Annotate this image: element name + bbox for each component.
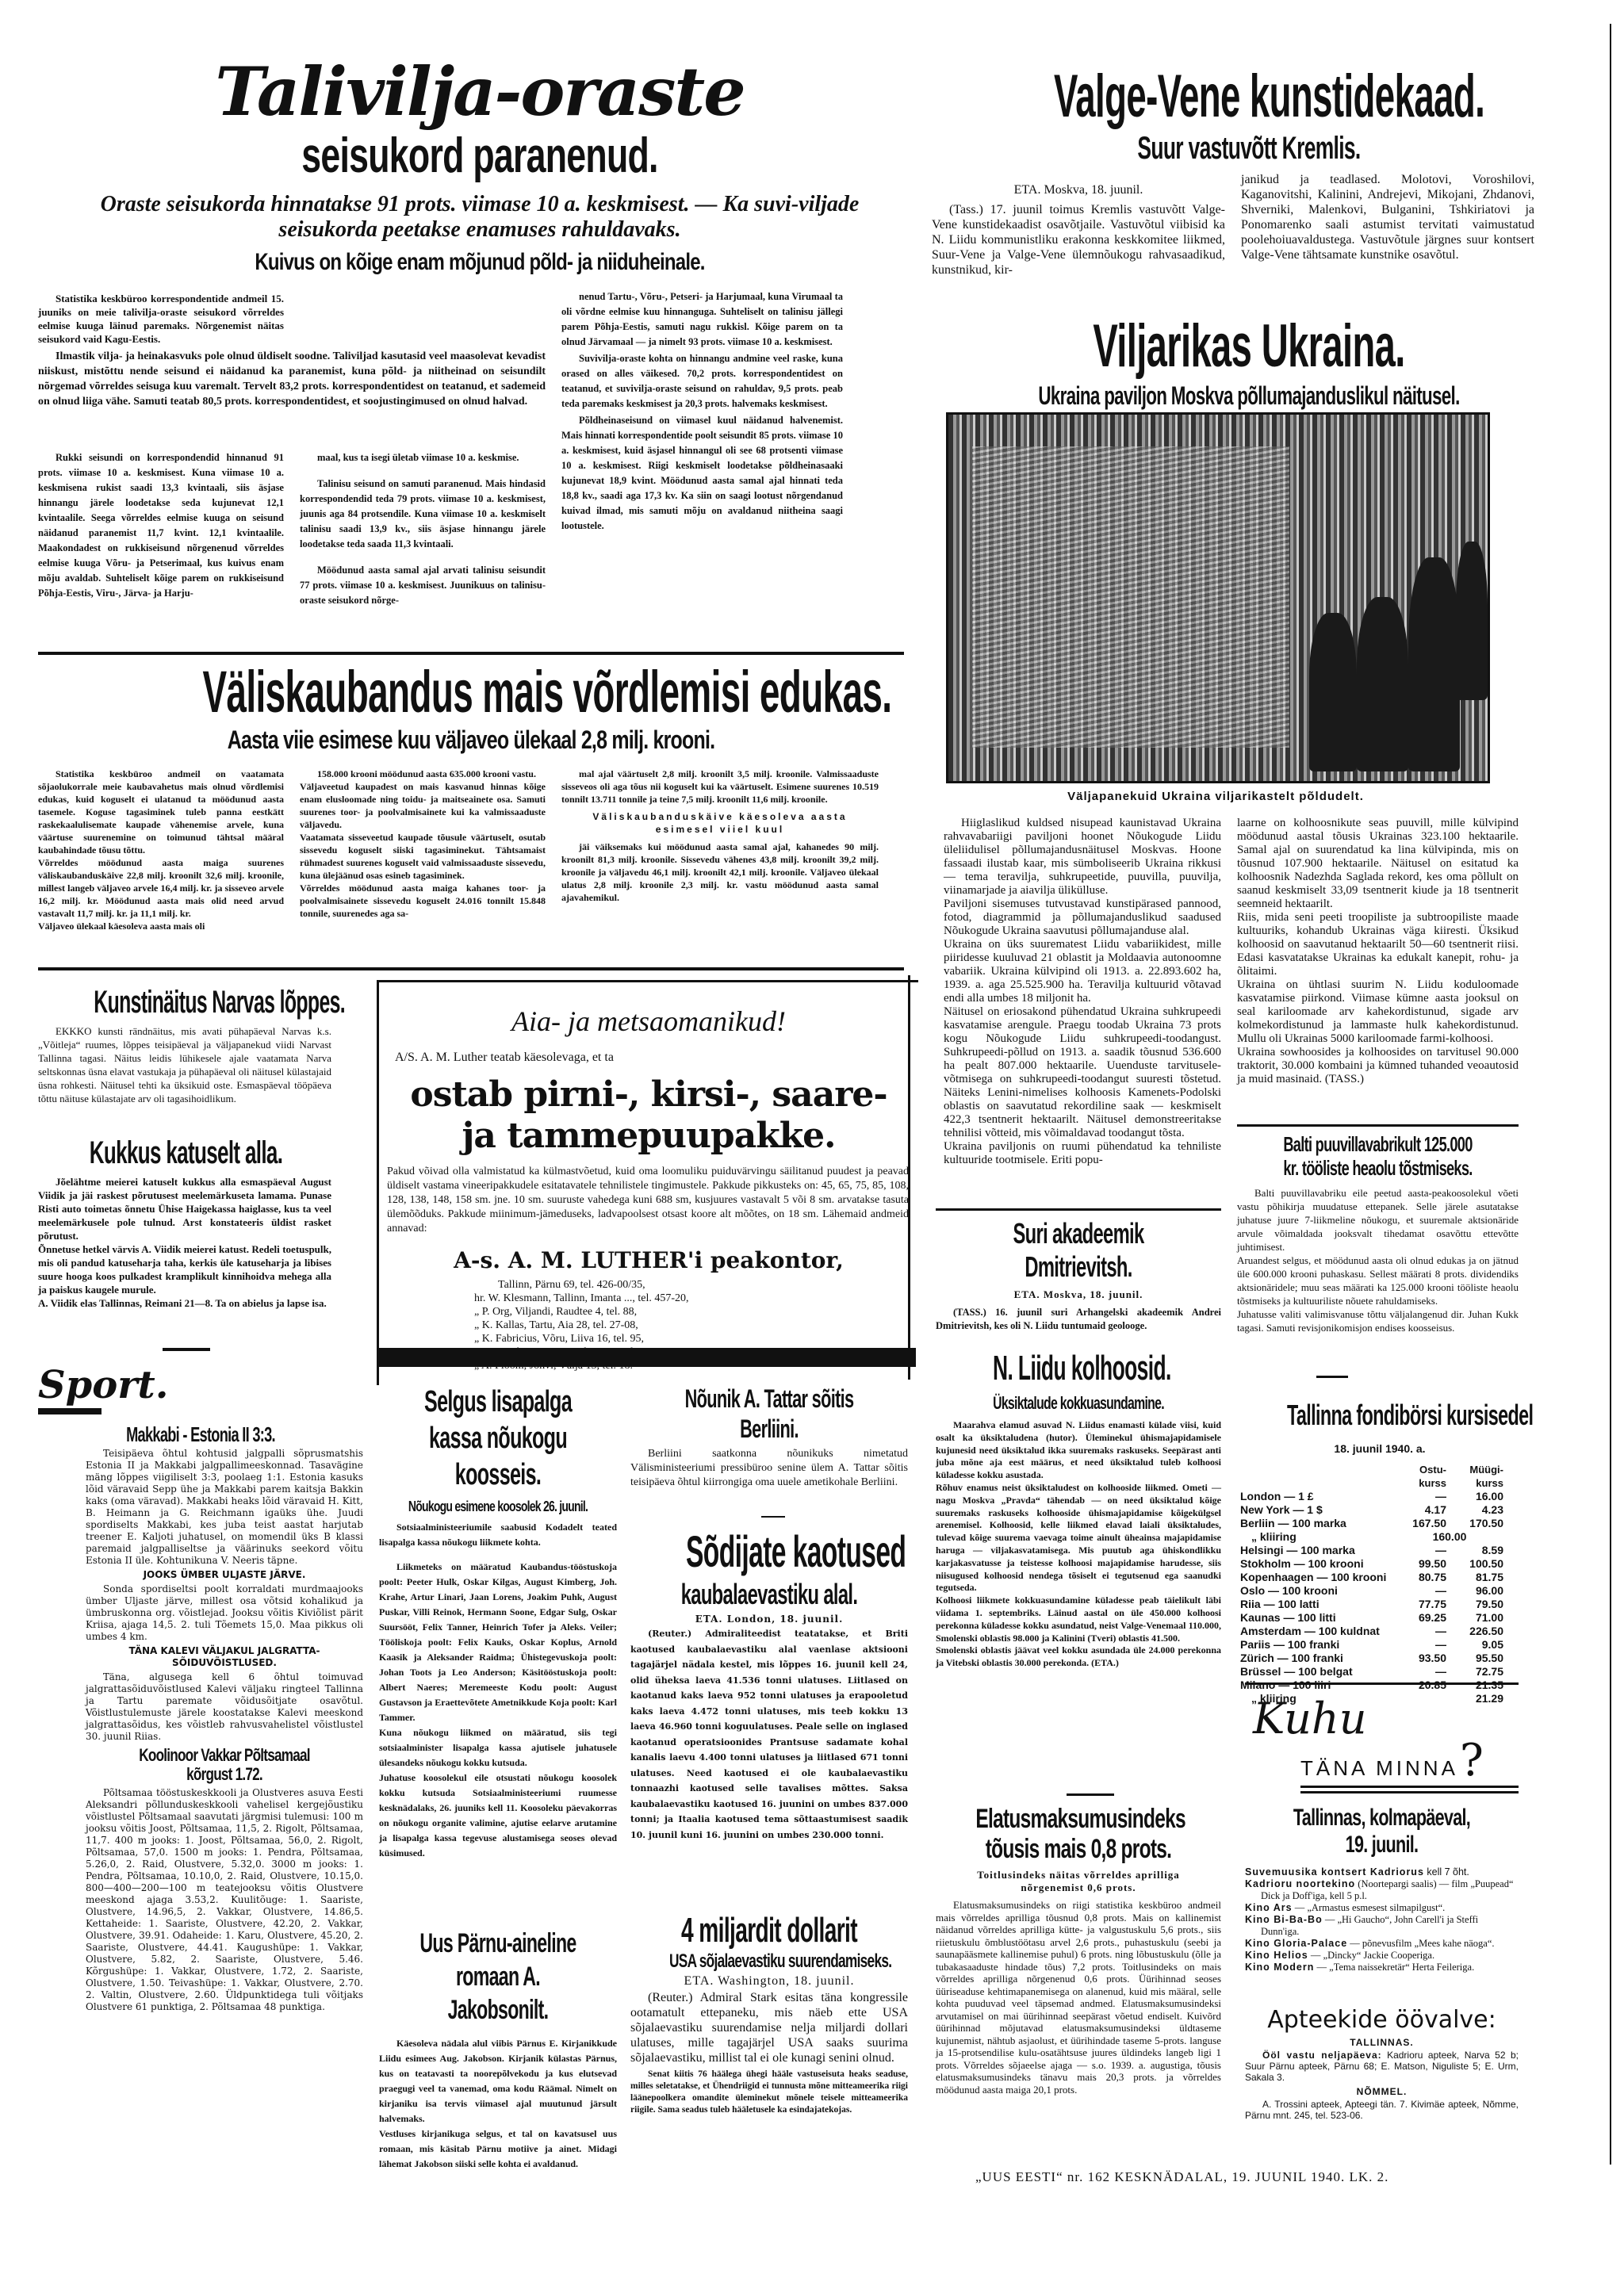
currency-name: Helsingi — 100 marka	[1237, 1544, 1392, 1557]
table-row: Oslo — 100 krooni—96.00	[1237, 1584, 1507, 1598]
event-text: — „Armastus esmesest silmapilgust“.	[1293, 1902, 1446, 1913]
buy-rate: —	[1392, 1665, 1450, 1679]
talivilja-col3-p2: Suvivilja-oraste kohta on hinnangu andmi…	[561, 351, 843, 412]
page-edge	[1610, 24, 1611, 2165]
currency-name: Kopenhaagen — 100 krooni	[1237, 1571, 1392, 1584]
ad-luther-big-1: ostab pirni-, kirsi-, saare-	[379, 1074, 918, 1116]
valiskaubandus-col3-sub: Väliskaubanduskäive käesoleva aasta esim…	[577, 810, 863, 836]
kuhu-rule	[1300, 1786, 1519, 1793]
contact-line: „ P. Org, Viljandi, Raudtee 4, tel. 88,	[474, 1305, 918, 1319]
venue-name: Kino Helios	[1245, 1950, 1308, 1961]
apteek-night-label: Ööl vastu neljapäeva:	[1262, 2050, 1382, 2061]
apteek-h2: NÕMMEL.	[1245, 2086, 1519, 2097]
divider	[163, 1348, 210, 1351]
sodijate-dateline: ETA. London, 18. juunil.	[630, 1613, 908, 1625]
ad-luther: Aia- ja metsaomanikud! A/S. A. M. Luther…	[377, 980, 918, 1385]
buy-rate: 99.50	[1392, 1557, 1450, 1571]
buy-rate: 77.75	[1392, 1598, 1450, 1611]
article-valiskaubandus: Väliskaubandus mais võrdlemisi edukas. A…	[38, 660, 904, 755]
currency-name: „ kliiring	[1237, 1530, 1392, 1544]
list-item: Kino Gloria-Palace — põnevusfilm „Mees k…	[1245, 1938, 1519, 1950]
page-footer: „UUS EESTI“ nr. 162 KESKNÄDALAL, 19. JUU…	[975, 2169, 1594, 2185]
sport-h2: JOOKS ÜMBER ULJASTE JÄRVE.	[86, 1569, 363, 1581]
headline-balti: Balti puuvillavabrikult 125.000 kr. tööl…	[1279, 1132, 1477, 1180]
subhead-lisapalk: Nõukogu esimene koosolek 26. juunil.	[405, 1498, 591, 1515]
apteek-h1: TALLINNAS.	[1245, 2037, 1519, 2048]
headline-akadeemik: Suri akadeemik Dmitrievitsh.	[984, 1217, 1173, 1284]
table-header: Ostu-kurss Müügi-kurss	[1237, 1463, 1507, 1490]
sport-p3: Täna, algusega kell 6 õhtul toimuvad jal…	[86, 1671, 363, 1743]
photo-ukraina-pavilion	[946, 412, 1490, 783]
sell-rate: 8.59	[1450, 1544, 1507, 1557]
table-row: Zürich — 100 franki93.5095.50	[1237, 1652, 1507, 1665]
table-row: Riia — 100 latti77.7579.50	[1237, 1598, 1507, 1611]
list-item: Kino Bi-Ba-Bo — „Hi Gaucho“, John Carell…	[1245, 1914, 1519, 1938]
divider	[1245, 1682, 1519, 1685]
table-row: London — 1 £—16.00	[1237, 1490, 1507, 1503]
headline-romaan: Uus Pärnu-aineline romaan A. Jakobsonilt…	[417, 1927, 579, 2027]
table-row: Amsterdam — 100 kuldnat—226.50	[1237, 1625, 1507, 1638]
venue-name: Kino Bi-Ba-Bo	[1245, 1914, 1323, 1925]
divider	[38, 652, 904, 655]
article-kolhoosid: N. Liidu kolhoosid. Üksiktalude kokkuasu…	[936, 1348, 1221, 1671]
headline-tattar: Nõunik A. Tattar sõitis Berliini.	[675, 1384, 864, 1444]
sport-p1: Teisipäeva õhtul kohtusid jalgpalli sõpr…	[86, 1448, 363, 1567]
photo-figure	[1408, 557, 1460, 771]
sell-rate: 72.75	[1450, 1665, 1507, 1679]
headline-talivilja: Talivilja-oraste	[79, 56, 880, 128]
buy-rate: —	[1392, 1584, 1450, 1598]
kukkus-body: Jõelähtme meierei katuselt kukkus alla e…	[38, 1175, 331, 1310]
currency-name: London — 1 £	[1237, 1490, 1392, 1503]
currency-name: Milano — 100 liiri	[1237, 1679, 1392, 1692]
list-item: Kino Modern — „Tema naissekretär“ Herta …	[1245, 1962, 1519, 1973]
list-item: Kadrioru noortekino (Noortepargi saalis)…	[1245, 1878, 1519, 1902]
ad-luther-office: A-s. A. M. LUTHER'i peakontor,	[379, 1247, 918, 1273]
headline-lisapalk: Selgus lisapalga kassa nõukogu koosseis.	[419, 1384, 576, 1493]
ad-luther-headline: Aia- ja metsaomanikud!	[379, 1005, 918, 1038]
sell-rate: 9.05	[1450, 1638, 1507, 1652]
valge-vene-dateline: ETA. Moskva, 18. juunil.	[932, 183, 1225, 197]
col-sell-header: Müügi-kurss	[1450, 1463, 1507, 1490]
photo-figure	[1309, 613, 1357, 771]
buy-rate: 4.17	[1392, 1503, 1450, 1517]
narva-body: EKKKO kunsti rändnäitus, mis avati pühap…	[38, 1024, 331, 1105]
contact-line: hr. W. Klesmann, Tallinn, Imanta ..., te…	[474, 1292, 918, 1305]
talivilja-col1: Rukki seisundi on korrespondendid hinnan…	[38, 450, 284, 601]
buy-rate: 93.50	[1392, 1652, 1450, 1665]
subhead-elatus: Toitlusindeks näitas võrreldes aprilliga…	[952, 1869, 1205, 1894]
article-narva: Kunstinäitus Narvas lõppes. EKKKO kunsti…	[38, 983, 331, 1107]
sport-underline	[38, 1408, 101, 1414]
talivilja-col2-p1: maal, kus ta isegi ületab viimase 10 a. …	[300, 450, 546, 465]
photo-caption-ukraina: Väljapanekuid Ukraina viljarikastelt põl…	[946, 790, 1485, 803]
sell-rate: 71.00	[1450, 1611, 1507, 1625]
article-kukkus: Kukkus katuselt alla. Jõelähtme meierei …	[38, 1134, 331, 1311]
headline-valge-vene: Valge-Vene kunstidekaad.	[1054, 63, 1444, 130]
currency-name: Riia — 100 latti	[1237, 1598, 1392, 1611]
ukraina-col1: Hiiglaslikud kuldsed nisupead kaunistava…	[944, 817, 1221, 1167]
col-buy-header: Ostu-kurss	[1392, 1463, 1450, 1490]
exchange-rate-table: Ostu-kurss Müügi-kurss London — 1 £—16.0…	[1237, 1463, 1507, 1705]
venue-name: Kadrioru noortekino	[1245, 1878, 1355, 1889]
talivilja-col2-p2: Talinisu seisund on samuti paranenud. Ma…	[300, 477, 546, 552]
currency-name: Berliin — 100 marka	[1237, 1517, 1392, 1530]
headline-sodijate: Sõdijate kaotused	[686, 1526, 852, 1577]
buy-rate: —	[1392, 1544, 1450, 1557]
event-text: — „Tema naissekretär“ Herta Feileriga.	[1314, 1962, 1474, 1973]
divider	[1316, 1376, 1348, 1378]
divider	[38, 967, 904, 970]
venue-name: Kino Gloria-Palace	[1245, 1938, 1347, 1949]
headline-dollarit: 4 miljardit dollarit	[680, 1911, 858, 1950]
sport-h1: Makkabi - Estonia II 3:3.	[87, 1421, 315, 1448]
section-apteek: Apteekide öövalve: TALLINNAS. Ööl vastu …	[1245, 2006, 1519, 2123]
apteek-title: Apteekide öövalve:	[1245, 2006, 1519, 2034]
divider	[1237, 1124, 1519, 1127]
subdeck-talivilja: Kuivus on kõige enam mõjunud põld- ja ni…	[159, 247, 800, 278]
buy-rate: 20.85	[1392, 1679, 1450, 1692]
elatus-body: Elatusmaksumusindeks on riigi statistika…	[936, 1899, 1221, 2096]
subhead-sodijate: kaubalaevastiku alal.	[678, 1577, 861, 1612]
table-row: Brüssel — 100 belgat—72.75	[1237, 1665, 1507, 1679]
deck-talivilja: Oraste seisukorda hinnatakse 91 prots. v…	[79, 192, 880, 243]
table-row: Kopenhaagen — 100 krooni80.7581.75	[1237, 1571, 1507, 1584]
list-item: Suvemuusika kontsert Kadriorus kell 7 õh…	[1245, 1866, 1519, 1878]
currency-name: Amsterdam — 100 kuldnat	[1237, 1625, 1392, 1638]
divider	[1067, 1793, 1114, 1796]
article-ukraina: Viljarikas Ukraina. Ukraina paviljon Mos…	[924, 313, 1574, 412]
table-row: New York — 1 $4.174.23	[1237, 1503, 1507, 1517]
article-tattar: Nõunik A. Tattar sõitis Berliini. Berlii…	[630, 1384, 908, 1491]
buy-rate: 80.75	[1392, 1571, 1450, 1584]
headline-talivilja-2: seisukord paranenud.	[191, 128, 768, 184]
valiskaubandus-col3-p1: mal ajal väärtuselt 2,8 milj. kroonilt 3…	[561, 768, 879, 806]
event-text: — „Dincky“ Jackie Cooperiga.	[1308, 1950, 1434, 1961]
sell-rate: 79.50	[1450, 1598, 1507, 1611]
ad-luther-big-2: ja tammepuupakke.	[379, 1116, 918, 1157]
akadeemik-dateline: ETA. Moskva, 18. juunil.	[936, 1288, 1221, 1301]
valge-vene-col1: (Tass.) 17. juunil toimus Kremlis vastuv…	[932, 202, 1225, 278]
venue-name: Kino Modern	[1245, 1962, 1314, 1973]
table-row: Stokholm — 100 krooni99.50100.50	[1237, 1557, 1507, 1571]
sport-p2: Sonda spordiseltsi poolt korraldati murd…	[86, 1583, 363, 1643]
sell-rate: 81.75	[1450, 1571, 1507, 1584]
talivilja-lead-1: Statistika keskbüroo korrespondentide an…	[38, 292, 284, 346]
buy-rate: 160.00	[1392, 1530, 1507, 1544]
article-akadeemik: Suri akadeemik Dmitrievitsh. ETA. Moskva…	[936, 1217, 1221, 1334]
article-bors: Tallinna fondibörsi kursisedel 18. juuni…	[1237, 1399, 1522, 1705]
table-row: Kaunas — 100 litti69.2571.00	[1237, 1611, 1507, 1625]
sell-rate: 96.00	[1450, 1584, 1507, 1598]
sell-rate: 4.23	[1450, 1503, 1507, 1517]
section-kuhu: Kuhu TÄNA MINNA ? Tallinnas, kolmapäeval…	[1245, 1697, 1519, 1973]
talivilja-col3-p3: Põldheinaseisund on viimasel kuul näidan…	[561, 413, 843, 534]
kolhoosid-body: Maarahva elamud asuvad N. Liidus enamast…	[936, 1419, 1221, 1670]
article-valge-vene: Valge-Vene kunstidekaad. Suur vastuvõtt …	[924, 63, 1574, 167]
currency-name: Pariis — 100 franki	[1237, 1638, 1392, 1652]
table-row: Helsingi — 100 marka—8.59	[1237, 1544, 1507, 1557]
article-dollarit: 4 miljardit dollarit USA sõjalaevastiku …	[630, 1911, 908, 2118]
headline-bors: Tallinna fondibörsi kursisedel	[1287, 1399, 1473, 1431]
apteek-tallinn-text: Ööl vastu neljapäeva: Kadrioru apteek, N…	[1245, 2050, 1519, 2083]
divider	[936, 1208, 1221, 1211]
dollarit-p1: (Reuter.) Admiral Stark esitas täna kong…	[630, 1990, 908, 2065]
article-elatus: Elatusmaksumusindeks tõusis mais 0,8 pro…	[936, 1804, 1221, 2097]
sell-rate: 21.35	[1450, 1679, 1507, 1692]
headline-sport: Sport.	[38, 1364, 363, 1407]
table-row: Pariis — 100 franki—9.05	[1237, 1638, 1507, 1652]
talivilja-lead-2: Ilmastik vilja- ja heinakasvuks pole oln…	[38, 349, 546, 409]
subhead-ukraina: Ukraina paviljon Moskva põllumajanduslik…	[1021, 380, 1477, 412]
ukraina-col2: laarne on kolhoosnikute seas puuvill, mi…	[1237, 817, 1519, 1086]
sodijate-body: (Reuter.) Admiraliteedist teatatakse, et…	[630, 1626, 908, 1843]
contact-line: „ K. Fabricius, Võru, Liiva 16, tel. 95,	[474, 1332, 918, 1346]
table-row: Berliin — 100 marka167.50170.50	[1237, 1517, 1507, 1530]
sport-h4: Koolinoor Vakkar Põltsamaal kõrgust 1.72…	[117, 1746, 333, 1784]
bors-date: 18. juunil 1940. a.	[1237, 1442, 1522, 1455]
question-mark-icon: ?	[1460, 1741, 1484, 1781]
buy-rate: —	[1392, 1490, 1450, 1503]
list-item: Kino Helios — „Dincky“ Jackie Cooperiga.	[1245, 1950, 1519, 1962]
subhead-valge-vene: Suur vastuvõtt Kremlis.	[1034, 130, 1463, 167]
valiskaubandus-col3-p2: jäi väiksemaks kui möödunud aasta samal …	[561, 840, 879, 904]
headline-narva: Kunstinäitus Narvas lõppes.	[94, 983, 275, 1021]
headline-kukkus: Kukkus katuselt alla.	[90, 1134, 281, 1172]
list-item: Kino Ars — „Armastus esmesest silmapilgu…	[1245, 1902, 1519, 1914]
valiskaubandus-col2: 158.000 krooni möödunud aasta 635.000 kr…	[300, 768, 546, 920]
photo-figure	[1357, 597, 1408, 771]
venue-name: Kino Ars	[1245, 1902, 1293, 1913]
sell-rate: 100.50	[1450, 1557, 1507, 1571]
sport-h3: TÄNA KALEVI VÄLJAKUL JALGRATTA-SÕIDUVÕIS…	[86, 1645, 363, 1669]
kuhu-caps: TÄNA MINNA	[1300, 1756, 1458, 1781]
contact-line: „ K. Kallas, Tartu, Aia 28, tel. 27-08,	[474, 1319, 918, 1332]
photo-figure	[1456, 542, 1488, 700]
table-row: Milano — 100 liiri20.8521.35	[1237, 1679, 1507, 1692]
article-sport: Sport. Makkabi - Estonia II 3:3. Teisipä…	[38, 1364, 363, 2015]
venue-name: Suvemuusika kontsert Kadriorus	[1245, 1866, 1424, 1878]
buy-rate: —	[1392, 1625, 1450, 1638]
ad-luther-bottom-bar	[377, 1348, 916, 1367]
lisapalk-body: Liikmeteks on määratud Kaubandus-tööstus…	[379, 1560, 617, 1861]
currency-name: Brüssel — 100 belgat	[1237, 1665, 1392, 1679]
talivilja-col2-p3: Möödunud aasta samal ajal arvati talinis…	[300, 563, 546, 608]
subhead-dollarit: USA sõjalaevastiku suurendamiseks.	[669, 1950, 869, 1973]
valiskaubandus-col1: Statistika keskbüroo andmeil on vaatamat…	[38, 768, 284, 932]
headline-valiskaubandus: Väliskaubandus mais võrdlemisi edukas.	[202, 660, 739, 725]
contact-line: Tallinn, Pärnu 69, tel. 426-00/35,	[474, 1278, 918, 1292]
article-lisapalk: Selgus lisapalga kassa nõukogu koosseis.…	[379, 1384, 617, 1862]
headline-elatus: Elatusmaksumusindeks tõusis mais 0,8 pro…	[975, 1804, 1181, 1864]
kuhu-title: Tallinnas, kolmapäeval, 19. juunil.	[1283, 1805, 1480, 1858]
article-balti: Balti puuvillavabrikult 125.000 kr. tööl…	[1237, 1132, 1519, 1336]
column-divider	[908, 975, 910, 1380]
sell-rate: 170.50	[1450, 1517, 1507, 1530]
romaan-body: Käesoleva nädala alul viibis Pärnus E. K…	[379, 2036, 617, 2172]
balti-body: Balti puuvillavabriku eile peetud aasta-…	[1237, 1186, 1519, 1334]
akadeemik-body: (TASS.) 16. juunil suri Arhangelski akad…	[936, 1306, 1221, 1333]
currency-name: Zürich — 100 franki	[1237, 1652, 1392, 1665]
buy-rate: —	[1392, 1638, 1450, 1652]
ad-luther-intro: A/S. A. M. Luther teatab käesolevaga, et…	[395, 1051, 918, 1065]
sell-rate: 95.50	[1450, 1652, 1507, 1665]
headline-ukraina: Viljarikas Ukraina.	[1048, 313, 1450, 380]
sell-rate: 16.00	[1450, 1490, 1507, 1503]
ad-luther-body: Pakud võivad olla valmistatud ka külmast…	[387, 1165, 909, 1236]
sport-p4: Põltsamaa tööstuskeskkooli ja Olustveres…	[86, 1787, 363, 2013]
buy-rate: 69.25	[1392, 1611, 1450, 1625]
article-romaan: Uus Pärnu-aineline romaan A. Jakobsonilt…	[379, 1927, 617, 2173]
currency-name: New York — 1 $	[1237, 1503, 1392, 1517]
dollarit-dateline: ETA. Washington, 18. juunil.	[630, 1974, 908, 1989]
kuhu-list: Suvemuusika kontsert Kadriorus kell 7 õh…	[1245, 1866, 1519, 1973]
dollarit-p2: Senat kiitis 76 häälega ühegi hääle vast…	[630, 2069, 908, 2116]
subhead-kolhoosid: Üksiktalude kokkuasundamine.	[975, 1392, 1181, 1414]
divider	[761, 1516, 785, 1518]
article-sodijate: Sõdijate kaotused kaubalaevastiku alal. …	[630, 1526, 908, 1844]
subhead-valiskaubandus: Aasta viie esimese kuu väljaveo ülekaal …	[133, 725, 809, 755]
sell-rate: 226.50	[1450, 1625, 1507, 1638]
talivilja-col3-p1: nenud Tartu-, Võru-, Petseri- ja Harjuma…	[561, 289, 843, 350]
photo-wheat-sheaves	[972, 446, 1289, 748]
buy-rate: 167.50	[1392, 1517, 1450, 1530]
table-row: „ kliiring160.00	[1237, 1530, 1507, 1544]
valge-vene-col2: janikud ja teadlased. Molotovi, Voroshil…	[1241, 172, 1534, 262]
article-talivilja: Talivilja-oraste seisukord paranenud. Or…	[79, 56, 880, 278]
event-text: — põnevusfilm „Mees kahe näoga“.	[1347, 1938, 1494, 1949]
apteek-nomme-list: A. Trossini apteek, Apteegi tän. 7. Kivi…	[1245, 2099, 1519, 2121]
currency-name: Oslo — 100 krooni	[1237, 1584, 1392, 1598]
currency-name: Kaunas — 100 litti	[1237, 1611, 1392, 1625]
headline-kolhoosid: N. Liidu kolhoosid.	[993, 1348, 1164, 1389]
event-text: kell 7 õht.	[1424, 1866, 1469, 1878]
lisapalk-lead: Sotsiaalministeeriumile saabusid Kodadel…	[379, 1520, 617, 1550]
tattar-body: Berliini saatkonna nõunikuks nimetatud V…	[630, 1447, 908, 1490]
currency-name: Stokholm — 100 krooni	[1237, 1557, 1392, 1571]
